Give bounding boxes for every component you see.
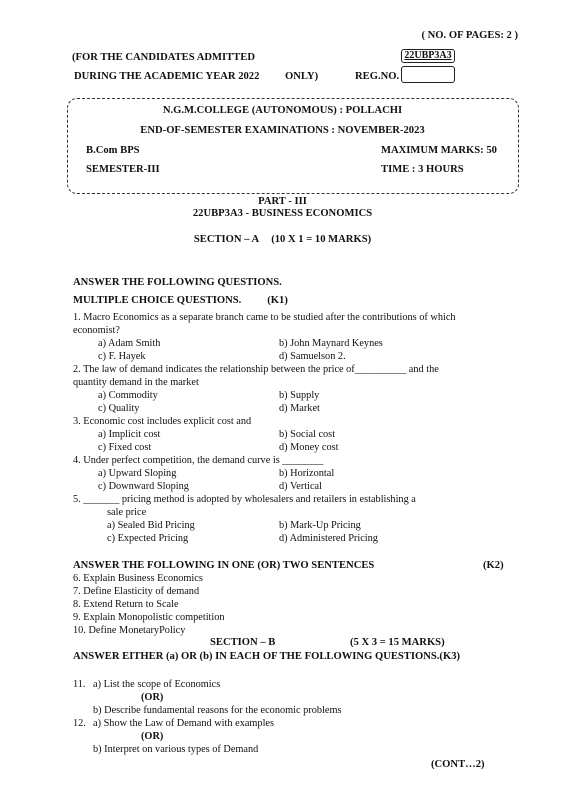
question-3-option-a: a) Implicit cost <box>98 429 160 440</box>
question-12-a: a) Show the Law of Demand with examples <box>93 718 274 729</box>
question-1-option-c: c) F. Hayek <box>98 351 146 362</box>
page-count: ( NO. OF PAGES: 2 ) <box>421 30 518 41</box>
question-1-option-d: d) Samuelson 2. <box>279 351 346 362</box>
question-8: 8. Extend Return to Scale <box>73 599 179 610</box>
section-a-heading: SECTION – A(10 X 1 = 10 MARKS) <box>0 234 565 245</box>
question-3-option-c: c) Fixed cost <box>98 442 151 453</box>
question-6: 6. Explain Business Economics <box>73 573 203 584</box>
section-b-instruction: ANSWER EITHER (a) OR (b) IN EACH OF THE … <box>73 651 460 662</box>
short-answer-level: (K2) <box>483 560 504 571</box>
college-name: N.G.M.COLLEGE (AUTONOMOUS) : POLLACHI <box>0 105 565 116</box>
question-5-option-c: c) Expected Pricing <box>107 533 188 544</box>
question-10: 10. Define MonetaryPolicy <box>73 625 185 636</box>
admitted-line-2: DURING THE ACADEMIC YEAR 2022 <box>74 71 259 82</box>
maximum-marks: MAXIMUM MARKS: 50 <box>381 145 497 156</box>
mcq-heading-label: MULTIPLE CHOICE QUESTIONS. <box>73 295 241 306</box>
question-4-line-1: 4. Under perfect competition, the demand… <box>73 455 323 466</box>
question-2-option-c: c) Quality <box>98 403 139 414</box>
question-4-option-b: b) Horizontal <box>279 468 334 479</box>
question-3-line-1: 3. Economic cost includes explicit cost … <box>73 416 251 427</box>
exam-title: END-OF-SEMESTER EXAMINATIONS : NOVEMBER-… <box>0 125 565 136</box>
question-12-or: (OR) <box>141 731 163 742</box>
question-5-option-d: d) Administered Pricing <box>279 533 378 544</box>
question-3-option-b: b) Social cost <box>279 429 335 440</box>
part-title: PART - III <box>0 196 565 207</box>
question-2-line-2: quantity demand in the market <box>73 377 199 388</box>
reg-no-label: REG.NO. <box>355 71 399 82</box>
question-4-option-a: a) Upward Sloping <box>98 468 176 479</box>
question-11-b: b) Describe fundamental reasons for the … <box>93 705 341 716</box>
question-11-or: (OR) <box>141 692 163 703</box>
exam-duration: TIME : 3 HOURS <box>381 164 464 175</box>
question-4-option-c: c) Downward Sloping <box>98 481 189 492</box>
question-4-option-d: d) Vertical <box>279 481 322 492</box>
question-1-line-1: 1. Macro Economics as a separate branch … <box>73 312 456 323</box>
question-12-number: 12. <box>73 718 86 729</box>
section-a-marks: (10 X 1 = 10 MARKS) <box>271 234 371 245</box>
question-2-option-d: d) Market <box>279 403 320 414</box>
question-1-line-2: economist? <box>73 325 120 336</box>
reg-no-field[interactable] <box>401 66 455 83</box>
question-2-option-a: a) Commodity <box>98 390 158 401</box>
course-code-box: 22UBP3A3 <box>401 49 455 63</box>
section-a-label: SECTION – A <box>194 234 259 245</box>
question-2-line-1: 2. The law of demand indicates the relat… <box>73 364 439 375</box>
short-answer-heading: ANSWER THE FOLLOWING IN ONE (OR) TWO SEN… <box>73 560 374 571</box>
question-1-option-a: a) Adam Smith <box>98 338 160 349</box>
question-5-line-1: 5. _______ pricing method is adopted by … <box>73 494 416 505</box>
question-12-b: b) Interpret on various types of Demand <box>93 744 258 755</box>
question-5-line-2: sale price <box>107 507 146 518</box>
question-9: 9. Explain Monopolistic competition <box>73 612 225 623</box>
question-11-a: a) List the scope of Economics <box>93 679 220 690</box>
mcq-heading: MULTIPLE CHOICE QUESTIONS.(K1) <box>73 295 288 306</box>
question-3-option-d: d) Money cost <box>279 442 338 453</box>
section-b-label: SECTION – B <box>210 637 275 648</box>
continued-marker: (CONT…2) <box>431 759 485 770</box>
admitted-only: ONLY) <box>285 71 318 82</box>
question-1-option-b: b) John Maynard Keynes <box>279 338 383 349</box>
mcq-level: (K1) <box>267 295 288 306</box>
section-a-instruction: ANSWER THE FOLLOWING QUESTIONS. <box>73 277 282 288</box>
question-5-option-b: b) Mark-Up Pricing <box>279 520 361 531</box>
question-5-option-a: a) Sealed Bid Pricing <box>107 520 195 531</box>
question-7: 7. Define Elasticity of demand <box>73 586 199 597</box>
subject-title: 22UBP3A3 - BUSINESS ECONOMICS <box>0 208 565 219</box>
course-name: B.Com BPS <box>86 145 140 156</box>
section-b-marks: (5 X 3 = 15 MARKS) <box>350 637 445 648</box>
semester: SEMESTER-III <box>86 164 160 175</box>
question-11-number: 11. <box>73 679 86 690</box>
admitted-line-1: (FOR THE CANDIDATES ADMITTED <box>72 52 255 63</box>
question-2-option-b: b) Supply <box>279 390 319 401</box>
